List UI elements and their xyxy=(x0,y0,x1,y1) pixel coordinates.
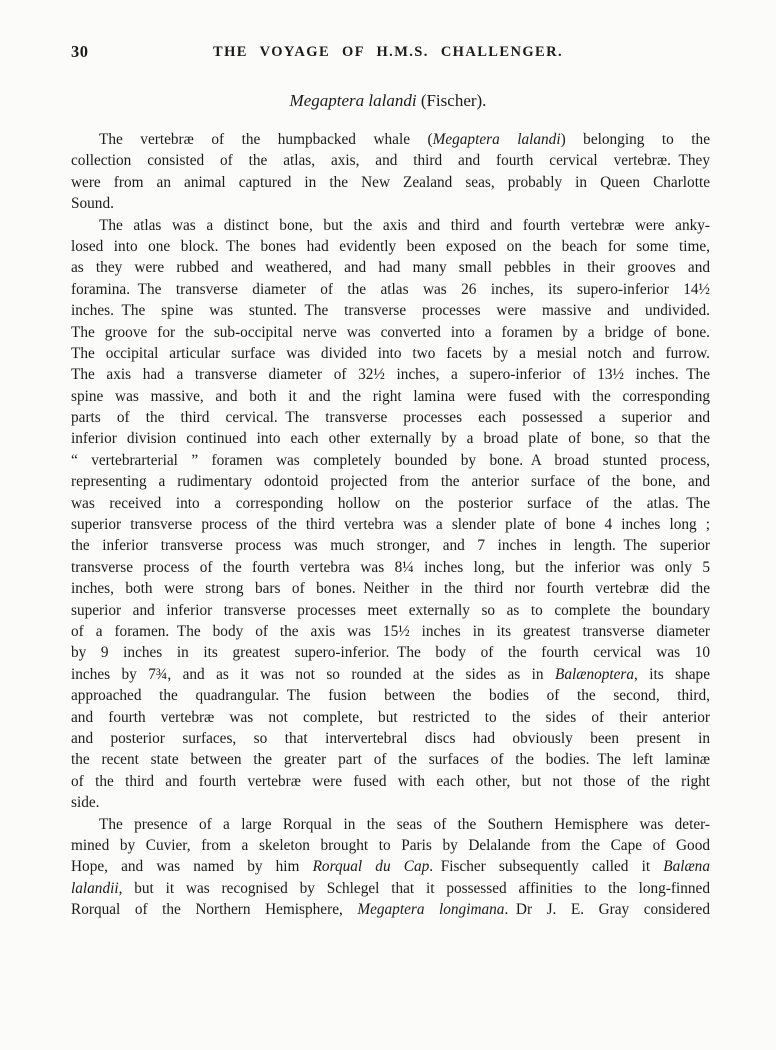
heading-author: (Fischer). xyxy=(417,91,487,110)
text-line: superior transverse process of the third… xyxy=(71,514,710,535)
book-page: 30 THE VOYAGE OF H.M.S. CHALLENGER. Mega… xyxy=(0,0,776,1050)
text-line: mined by Cuvier, from a skeleton brought… xyxy=(71,835,710,856)
text-line: side. xyxy=(71,792,710,813)
text-line: The atlas was a distinct bone, but the a… xyxy=(71,215,710,236)
heading-species-name: Megaptera lalandi xyxy=(290,91,417,110)
text-line: approached the quadrangular. The fusion … xyxy=(71,685,710,706)
text-line: foramina. The transverse diameter of the… xyxy=(71,279,710,300)
text-line: inches. The spine was stunted. The trans… xyxy=(71,300,710,321)
text-line: collection consisted of the atlas, axis,… xyxy=(71,150,710,171)
text-block: The vertebræ of the humpbacked whale (Me… xyxy=(71,129,710,920)
text-line: The groove for the sub-occipital nerve w… xyxy=(71,322,710,343)
text-line: parts of the third cervical. The transve… xyxy=(71,407,710,428)
text-line: inches by 7¾, and as it was not so round… xyxy=(71,664,710,685)
text-line: The occipital articular surface was divi… xyxy=(71,343,710,364)
text-line: and fourth vertebræ was not complete, bu… xyxy=(71,707,710,728)
text-line: Hope, and was named by him Rorqual du Ca… xyxy=(71,856,710,877)
text-line: and posterior surfaces, so that interver… xyxy=(71,728,710,749)
text-line: Rorqual of the Northern Hemisphere, Mega… xyxy=(71,899,710,920)
text-line: lalandii, but it was recognised by Schle… xyxy=(71,878,710,899)
text-line: spine was massive, and both it and the r… xyxy=(71,386,710,407)
text-line: transverse process of the fourth vertebr… xyxy=(71,557,710,578)
text-line: Sound. xyxy=(71,193,710,214)
text-line: losed into one block. The bones had evid… xyxy=(71,236,710,257)
text-line: as they were rubbed and weathered, and h… xyxy=(71,257,710,278)
section-heading: Megaptera lalandi (Fischer). xyxy=(0,91,776,111)
text-line: of a foramen. The body of the axis was 1… xyxy=(71,621,710,642)
text-line: inferior division continued into each ot… xyxy=(71,428,710,449)
text-line: by 9 inches in its greatest supero-infer… xyxy=(71,642,710,663)
text-line: was received into a corresponding hollow… xyxy=(71,493,710,514)
text-line: the inferior transverse process was much… xyxy=(71,535,710,556)
text-line: superior and inferior transverse process… xyxy=(71,600,710,621)
text-line: representing a rudimentary odontoid proj… xyxy=(71,471,710,492)
text-line: of the third and fourth vertebræ were fu… xyxy=(71,771,710,792)
text-line: The vertebræ of the humpbacked whale (Me… xyxy=(71,129,710,150)
running-title: THE VOYAGE OF H.M.S. CHALLENGER. xyxy=(0,44,776,61)
text-line: “ vertebrarterial ” foramen was complete… xyxy=(71,450,710,471)
text-line: the recent state between the greater par… xyxy=(71,749,710,770)
text-line: were from an animal captured in the New … xyxy=(71,172,710,193)
text-line: inches, both were strong bars of bones. … xyxy=(71,578,710,599)
text-line: The presence of a large Rorqual in the s… xyxy=(71,814,710,835)
text-line: The axis had a transverse diameter of 32… xyxy=(71,364,710,385)
